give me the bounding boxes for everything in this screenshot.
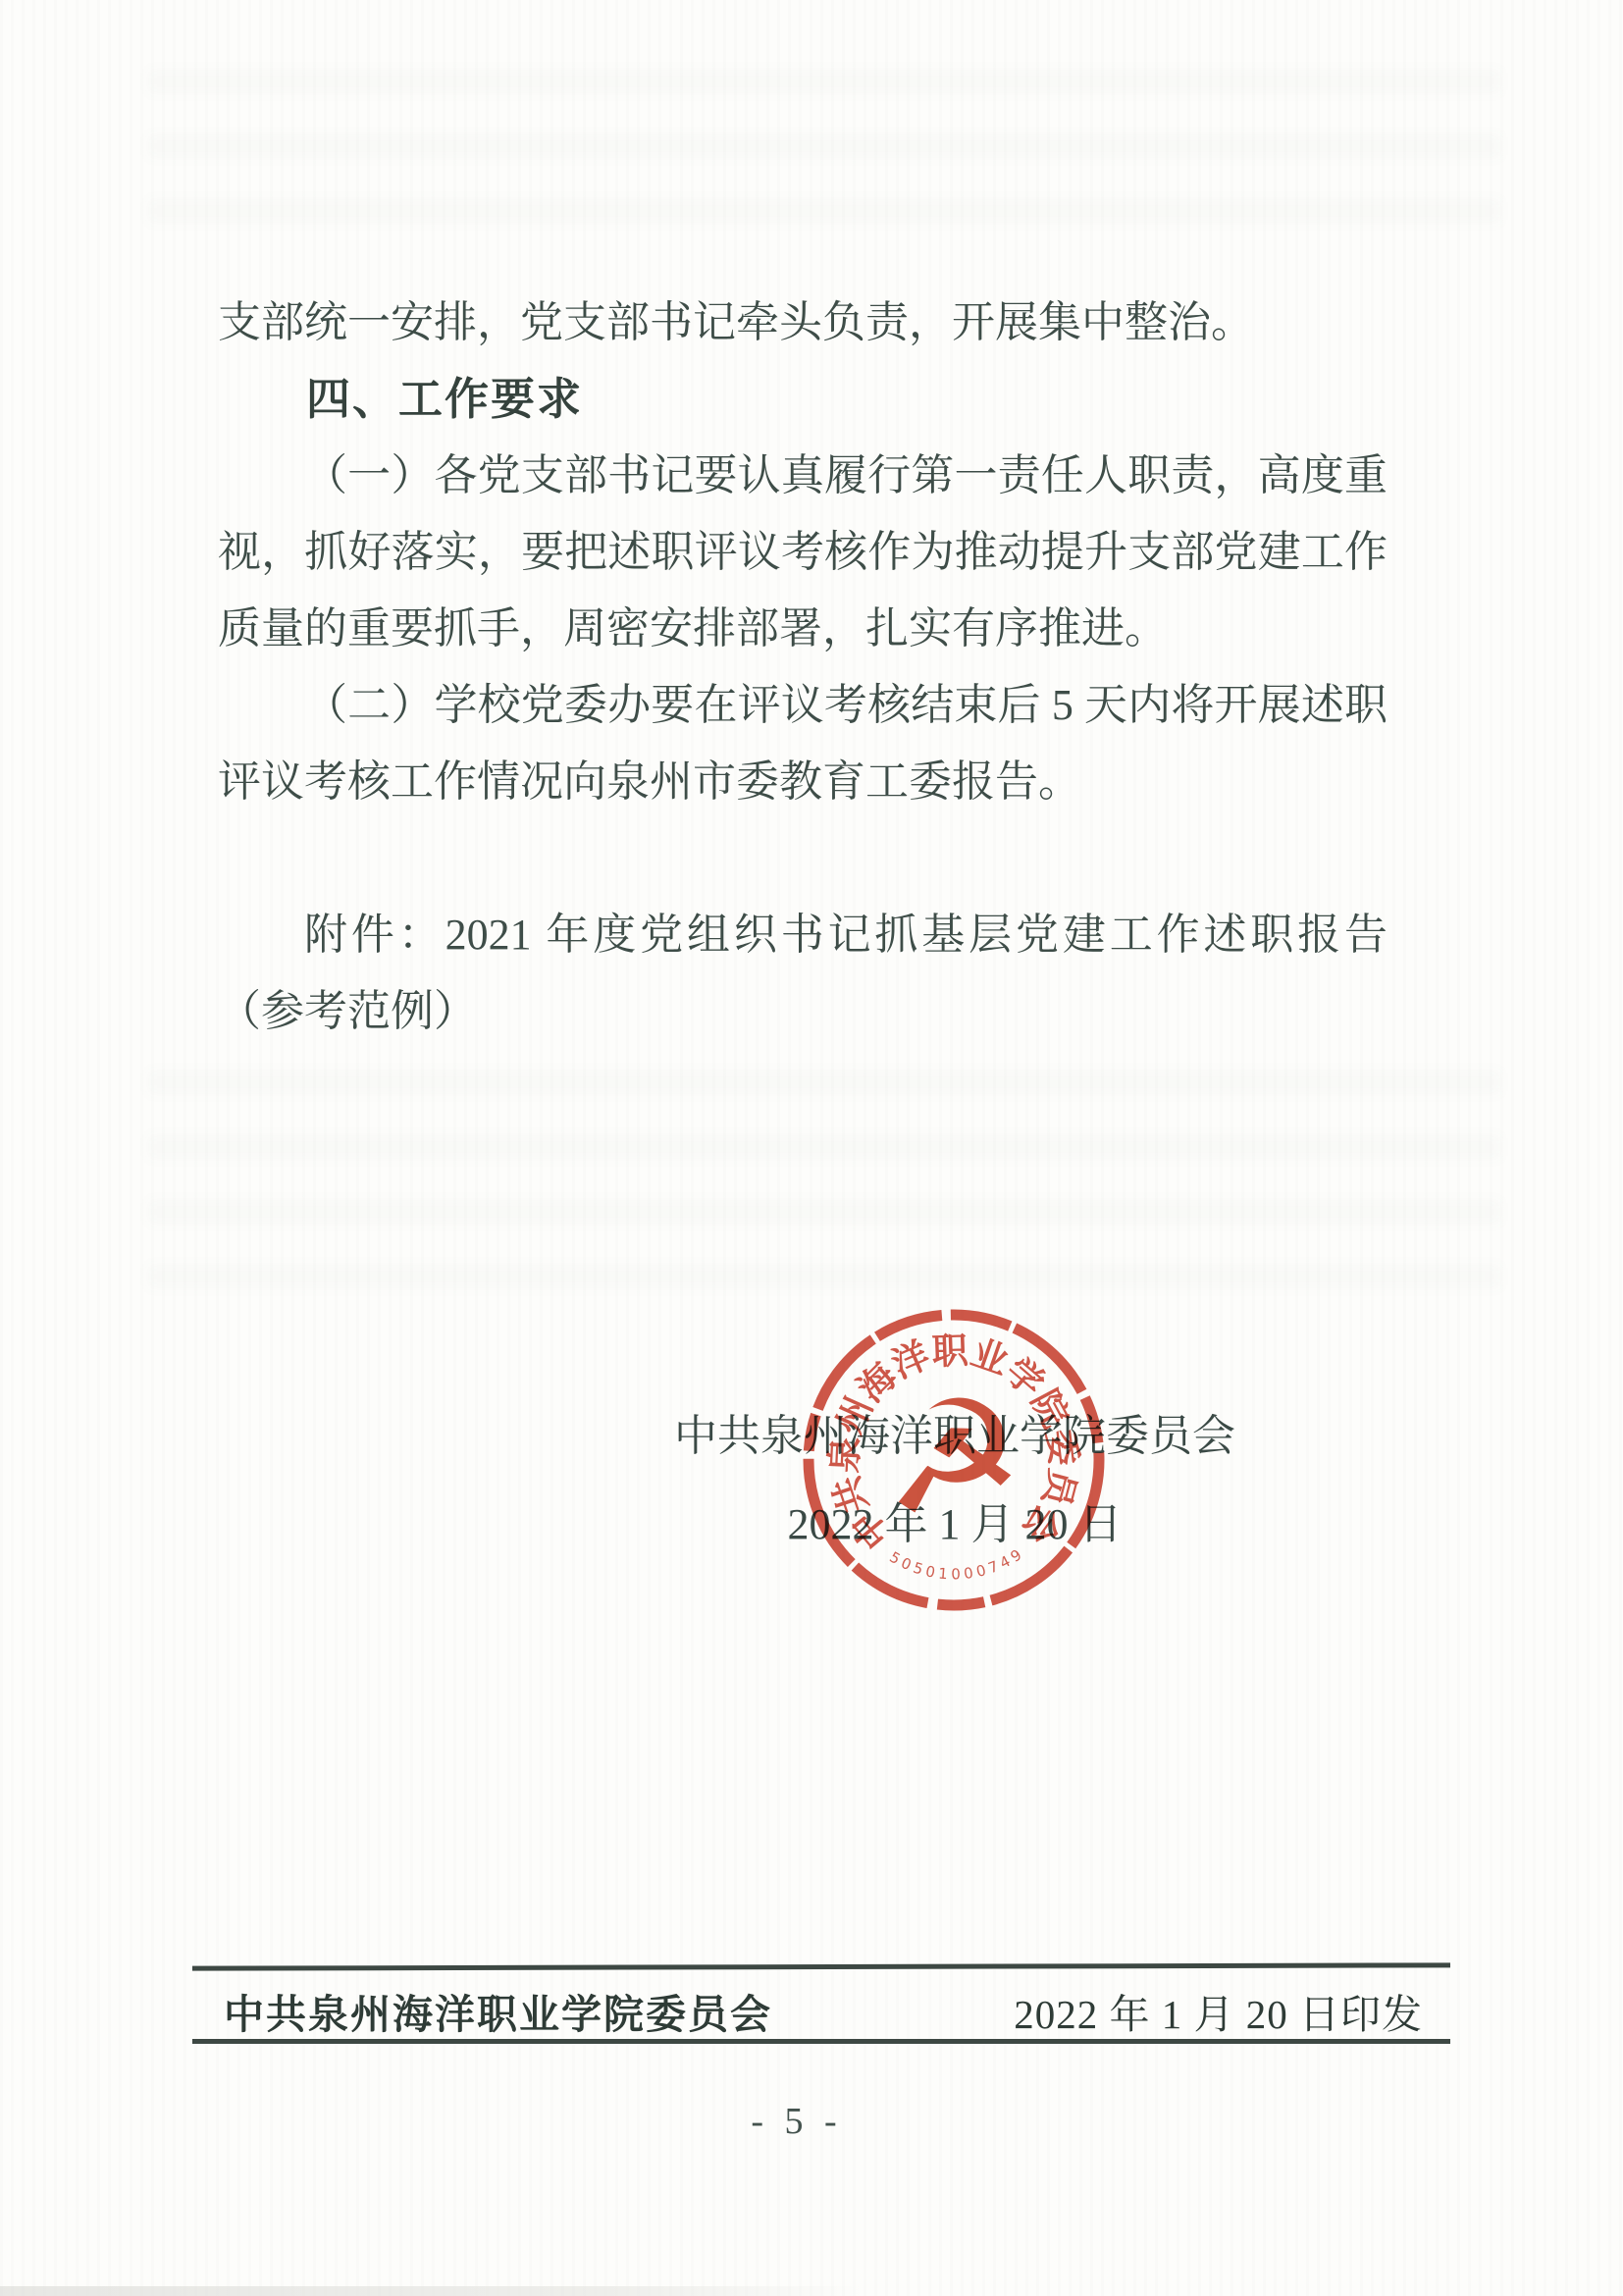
paragraph-continuation: 支部统一安排，党支部书记牵头负责，开展集中整治。 bbox=[218, 285, 1387, 361]
seal-graphic: 中共泉州海洋职业学院委员会 3505010007494 ☭ bbox=[792, 1298, 1117, 1623]
bleed-through-ghosting bbox=[147, 69, 1501, 245]
scan-edge-artifact bbox=[0, 2286, 864, 2296]
paragraph-1: （一）各党支部书记要认真履行第一责任人职责，高度重视，抓好落实，要把述职评议考核… bbox=[218, 438, 1387, 667]
footer-rule-top bbox=[192, 1962, 1450, 1970]
attachment-note: 附件：2021 年度党组织书记抓基层党建工作述职报告（参考范例） bbox=[218, 897, 1387, 1050]
colophon-issuer: 中共泉州海洋职业学院委员会 bbox=[224, 1982, 772, 2040]
document-page: 支部统一安排，党支部书记牵头负责，开展集中整治。 四、工作要求 （一）各党支部书… bbox=[0, 0, 1623, 2296]
bleed-through-ghosting bbox=[147, 1070, 1501, 1305]
page-number: - 5 - bbox=[699, 2100, 895, 2143]
colophon-print-date: 2022 年 1 月 20 日印发 bbox=[1014, 1982, 1423, 2040]
section-heading: 四、工作要求 bbox=[218, 361, 1387, 438]
seal-ring-char: 委 bbox=[1039, 1427, 1084, 1468]
paragraph-2: （二）学校党委办要在评议考核结束后 5 天内将开展述职评议考核工作情况向泉州市委… bbox=[218, 667, 1387, 820]
official-seal: 中共泉州海洋职业学院委员会 3505010007494 ☭ bbox=[792, 1298, 1117, 1623]
footer-rule-bottom bbox=[192, 2039, 1450, 2044]
body-text: 支部统一安排，党支部书记牵头负责，开展集中整治。 四、工作要求 （一）各党支部书… bbox=[218, 285, 1387, 1050]
colophon: 中共泉州海洋职业学院委员会 2022 年 1 月 20 日印发 bbox=[192, 1986, 1450, 2035]
hammer-sickle-icon: ☭ bbox=[881, 1366, 1026, 1551]
seal-ring-char: 泉 bbox=[824, 1435, 867, 1474]
